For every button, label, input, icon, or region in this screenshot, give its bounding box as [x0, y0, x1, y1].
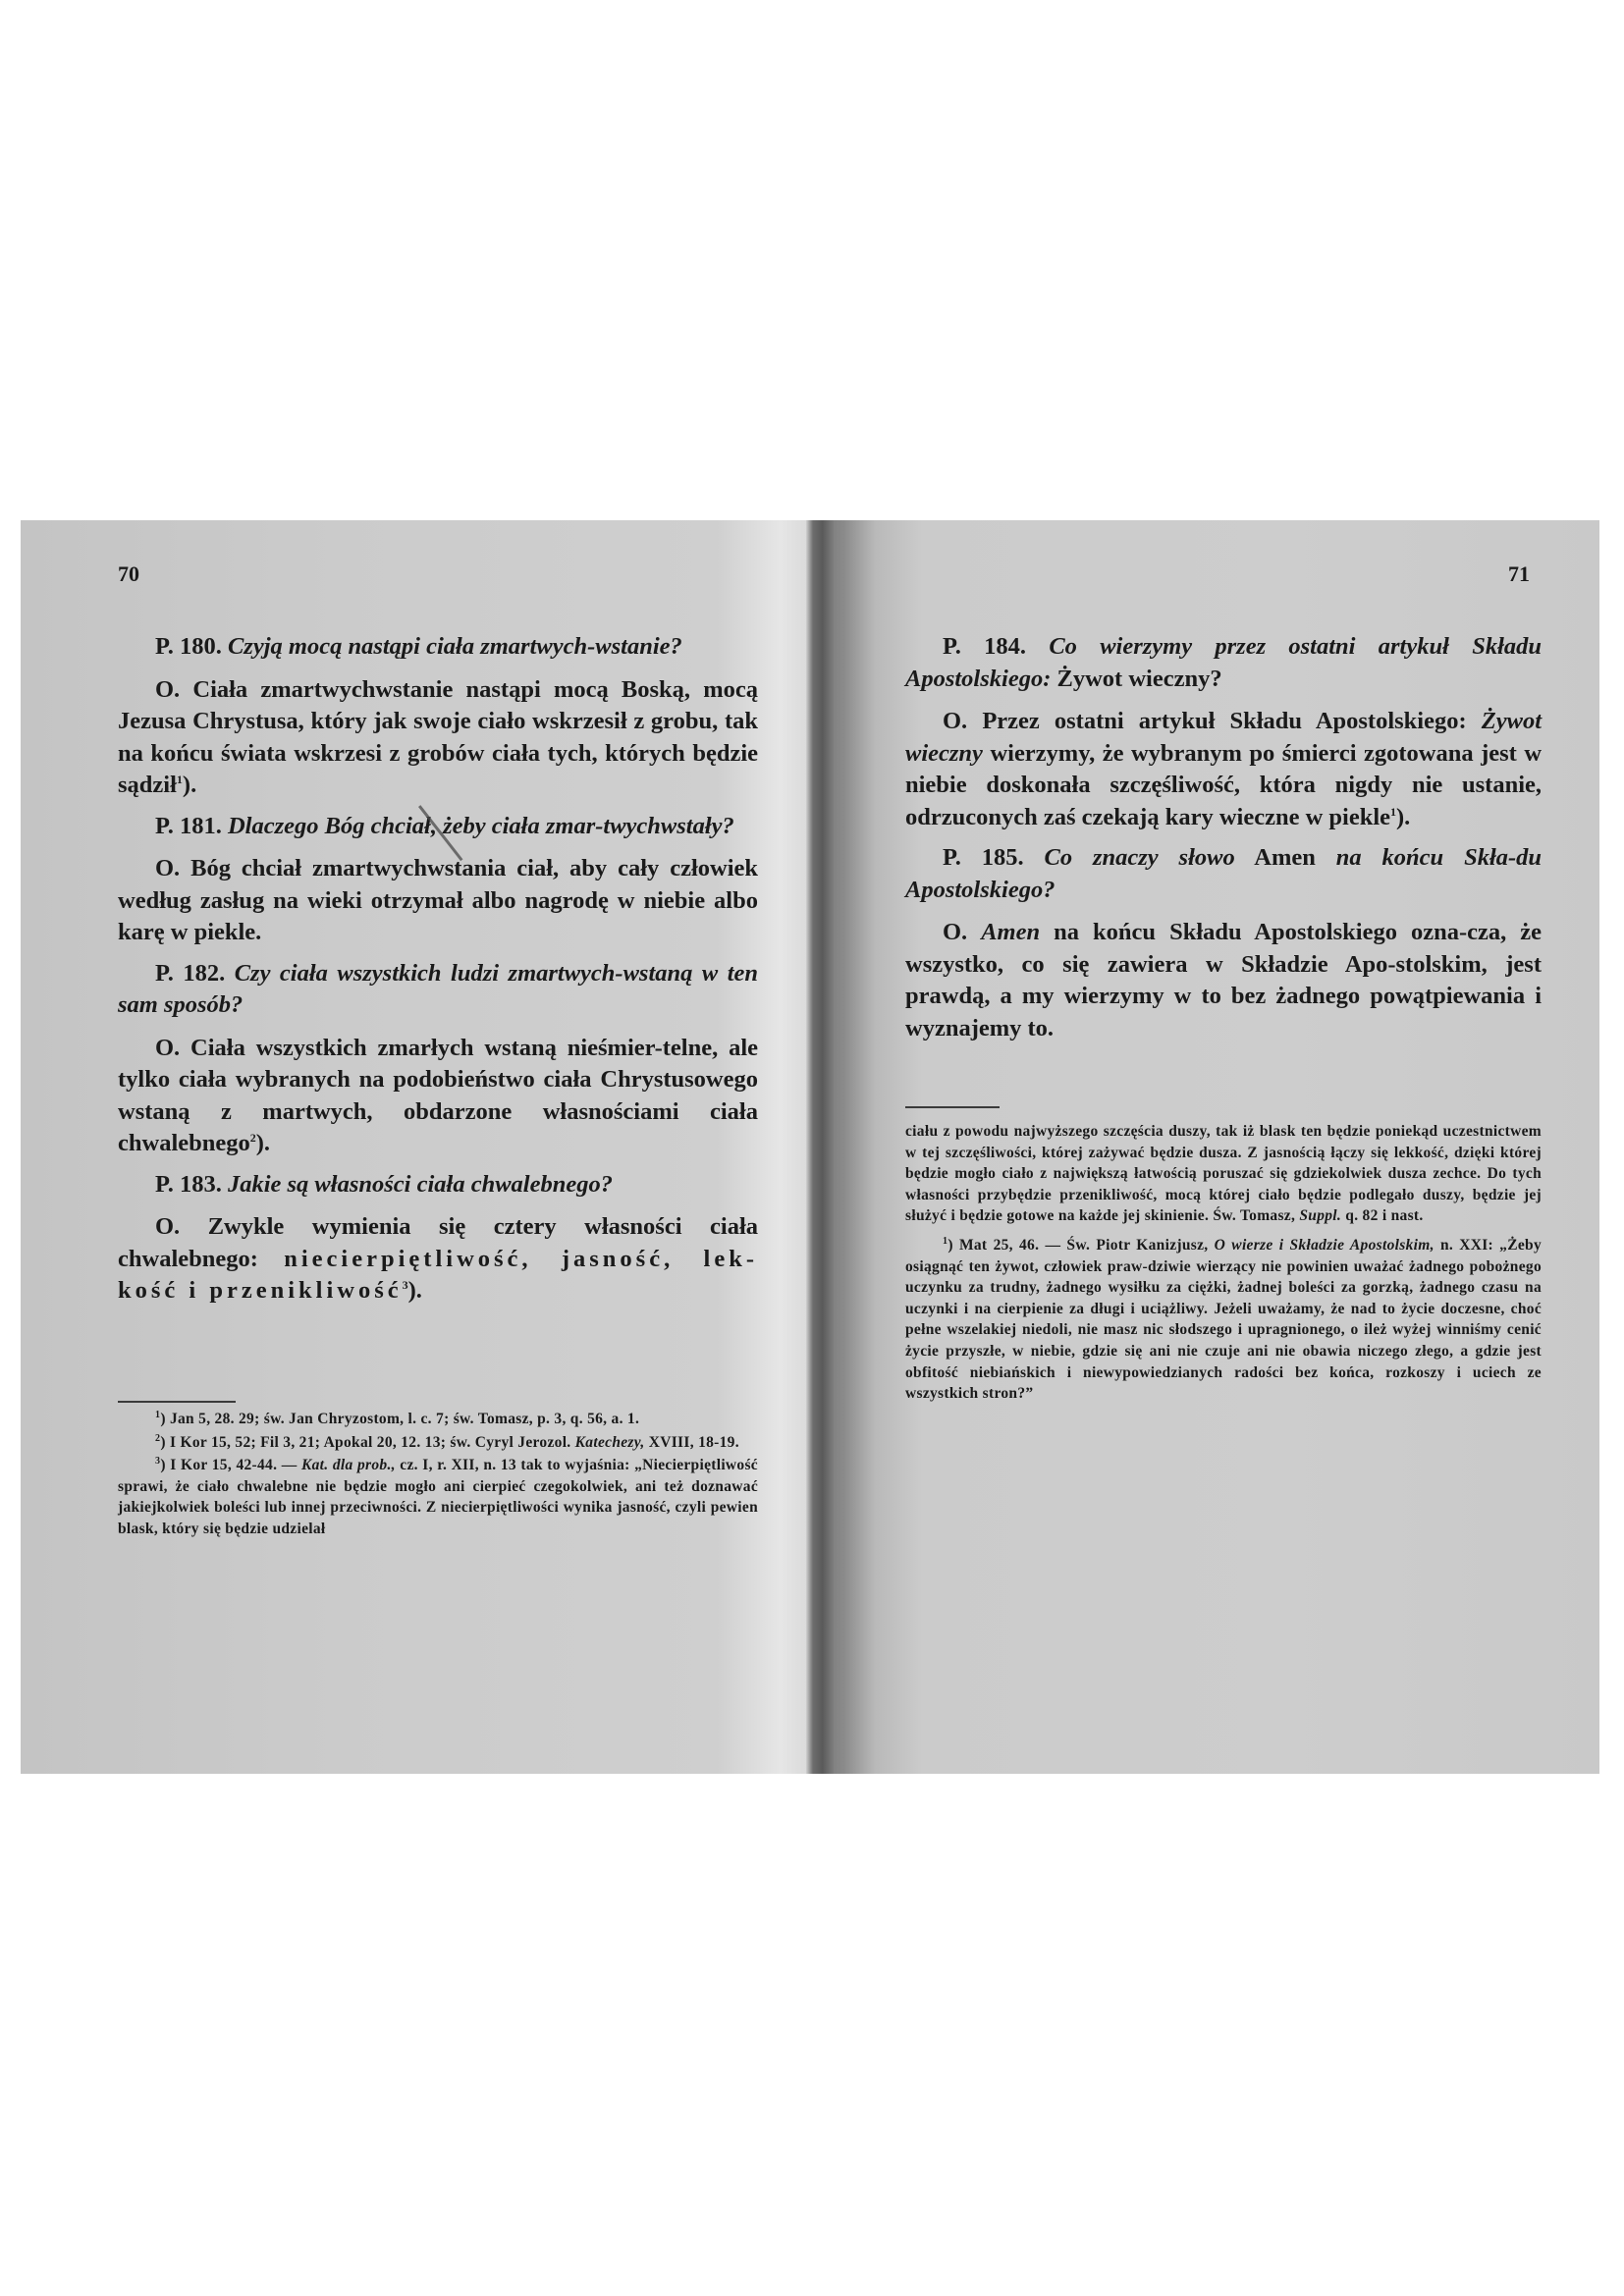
- question-183: P. 183. Jakie są własności ciała chwaleb…: [118, 1169, 758, 1201]
- question-182: P. 182. Czy ciała wszystkich ludzi zmart…: [118, 958, 758, 1022]
- answer-181: O. Bóg chciał zmartwychwstania ciał, aby…: [118, 853, 758, 949]
- left-page-body: P. 180. Czyją mocą nastąpi ciała zmartwy…: [118, 622, 758, 1308]
- answer-184: O. Przez ostatni artykuł Składu Apostols…: [905, 706, 1542, 833]
- page-number-left: 70: [118, 561, 139, 587]
- footnote-continuation: ciału z powodu najwyższego szczęścia dus…: [905, 1121, 1542, 1227]
- footnote-2: 2) I Kor 15, 52; Fil 3, 21; Apokal 20, 1…: [118, 1432, 758, 1454]
- answer-183: O. Zwykle wymienia się cztery własności …: [118, 1211, 758, 1308]
- answer-185: O. Amen na końcu Składu Apostolskiego oz…: [905, 917, 1542, 1044]
- right-footnotes: ciału z powodu najwyższego szczęścia dus…: [905, 1121, 1542, 1405]
- answer-180: O. Ciała zmartwychwstanie nastąpi mocą B…: [118, 674, 758, 802]
- question-184: P. 184. Co wierzymy przez ostatni artyku…: [905, 631, 1542, 695]
- right-page: 71 P. 184. Co wierzymy przez ostatni art…: [812, 520, 1599, 1774]
- answer-182: O. Ciała wszystkich zmarłych wstaną nieś…: [118, 1033, 758, 1160]
- question-185: P. 185. Co znaczy słowo Amen na końcu Sk…: [905, 842, 1542, 906]
- footnote-rule: [118, 1401, 236, 1403]
- footnote-3: 3) I Kor 15, 42-44. — Kat. dla prob., cz…: [118, 1455, 758, 1539]
- footnote-rule: [905, 1106, 1000, 1108]
- book-scan: 70 P. 180. Czyją mocą nastąpi ciała zmar…: [21, 520, 1599, 1774]
- footnote-1: 1) Mat 25, 46. — Św. Piotr Kanizjusz, O …: [905, 1235, 1542, 1405]
- right-page-body: P. 184. Co wierzymy przez ostatni artyku…: [905, 622, 1542, 1044]
- question-180: P. 180. Czyją mocą nastąpi ciała zmartwy…: [118, 631, 758, 664]
- footnote-1: 1) Jan 5, 28. 29; św. Jan Chryzostom, l.…: [118, 1409, 758, 1430]
- left-footnotes: 1) Jan 5, 28. 29; św. Jan Chryzostom, l.…: [118, 1409, 758, 1540]
- book-spine: [806, 520, 834, 1774]
- page-number-right: 71: [1508, 561, 1530, 587]
- left-page: 70 P. 180. Czyją mocą nastąpi ciała zmar…: [21, 520, 812, 1774]
